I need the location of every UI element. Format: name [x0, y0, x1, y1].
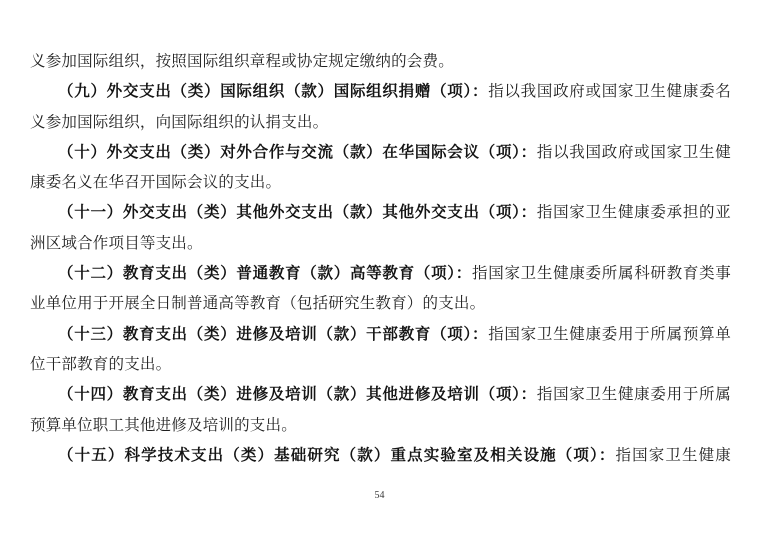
- text-line: （十四）教育支出（类）进修及培训（款）其他进修及培训（项）：指国家卫生健康委用于…: [30, 380, 731, 410]
- text-line: （十二）教育支出（类）普通教育（款）高等教育（项）：指国家卫生健康委所属科研教育…: [30, 259, 731, 289]
- text-line: （十）外交支出（类）对外合作与交流（款）在华国际会议（项）：指以我国政府或国家卫…: [30, 138, 731, 168]
- text-line: 业单位用于开展全日制普通高等教育（包括研究生教育）的支出。: [30, 289, 731, 319]
- text-line: 义参加国际组织，向国际组织的认捐支出。: [30, 108, 731, 138]
- clause-text: 洲区域合作项目等支出。: [30, 235, 203, 252]
- clause-text: 指国家卫生健康: [616, 447, 731, 464]
- text-line: 康委名义在华召开国际会议的支出。: [30, 168, 731, 198]
- clause-text: 位干部教育的支出。: [30, 356, 171, 373]
- document-page: 义参加国际组织，按照国际组织章程或协定规定缴纳的会费。（九）外交支出（类）国际组…: [0, 0, 759, 547]
- clause-text: 指国家卫生健康委用于所属预算单: [488, 326, 731, 343]
- text-line: 预算单位职工其他进修及培训的支出。: [30, 411, 731, 441]
- text-line: （九）外交支出（类）国际组织（款）国际组织捐赠（项）：指以我国政府或国家卫生健康…: [30, 77, 731, 107]
- text-line: 位干部教育的支出。: [30, 350, 731, 380]
- clause-text: 指国家卫生健康委所属科研教育类事: [472, 265, 731, 282]
- clause-heading: （九）外交支出（类）国际组织（款）国际组织捐赠（项）：: [58, 83, 488, 100]
- document-body: 义参加国际组织，按照国际组织章程或协定规定缴纳的会费。（九）外交支出（类）国际组…: [30, 47, 731, 471]
- clause-heading: （十三）教育支出（类）进修及培训（款）干部教育（项）：: [58, 326, 488, 343]
- clause-text: 义参加国际组织，按照国际组织章程或协定规定缴纳的会费。: [30, 53, 454, 70]
- clause-heading: （十四）教育支出（类）进修及培训（款）其他进修及培训（项）：: [58, 386, 537, 403]
- clause-heading: （十二）教育支出（类）普通教育（款）高等教育（项）：: [58, 265, 472, 282]
- clause-heading: （十一）外交支出（类）其他外交支出（款）其他外交支出（项）：: [58, 204, 537, 221]
- clause-text: 业单位用于开展全日制普通高等教育（包括研究生教育）的支出。: [30, 295, 485, 312]
- clause-text: 康委名义在华召开国际会议的支出。: [30, 174, 281, 191]
- text-line: （十三）教育支出（类）进修及培训（款）干部教育（项）：指国家卫生健康委用于所属预…: [30, 320, 731, 350]
- clause-text: 指国家卫生健康委用于所属: [537, 386, 731, 403]
- page-number: 54: [0, 490, 759, 501]
- clause-text: 义参加国际组织，向国际组织的认捐支出。: [30, 114, 328, 131]
- text-line: 洲区域合作项目等支出。: [30, 229, 731, 259]
- text-line: （十五）科学技术支出（类）基础研究（款）重点实验室及相关设施（项）：指国家卫生健…: [30, 441, 731, 471]
- clause-text: 指国家卫生健康委承担的亚: [537, 204, 731, 221]
- clause-text: 指以我国政府或国家卫生健: [537, 144, 731, 161]
- text-line: 义参加国际组织，按照国际组织章程或协定规定缴纳的会费。: [30, 47, 731, 77]
- clause-heading: （十）外交支出（类）对外合作与交流（款）在华国际会议（项）：: [58, 144, 537, 161]
- clause-text: 指以我国政府或国家卫生健康委名: [488, 83, 731, 100]
- text-line: （十一）外交支出（类）其他外交支出（款）其他外交支出（项）：指国家卫生健康委承担…: [30, 198, 731, 228]
- clause-text: 预算单位职工其他进修及培训的支出。: [30, 417, 297, 434]
- clause-heading: （十五）科学技术支出（类）基础研究（款）重点实验室及相关设施（项）：: [58, 447, 616, 464]
